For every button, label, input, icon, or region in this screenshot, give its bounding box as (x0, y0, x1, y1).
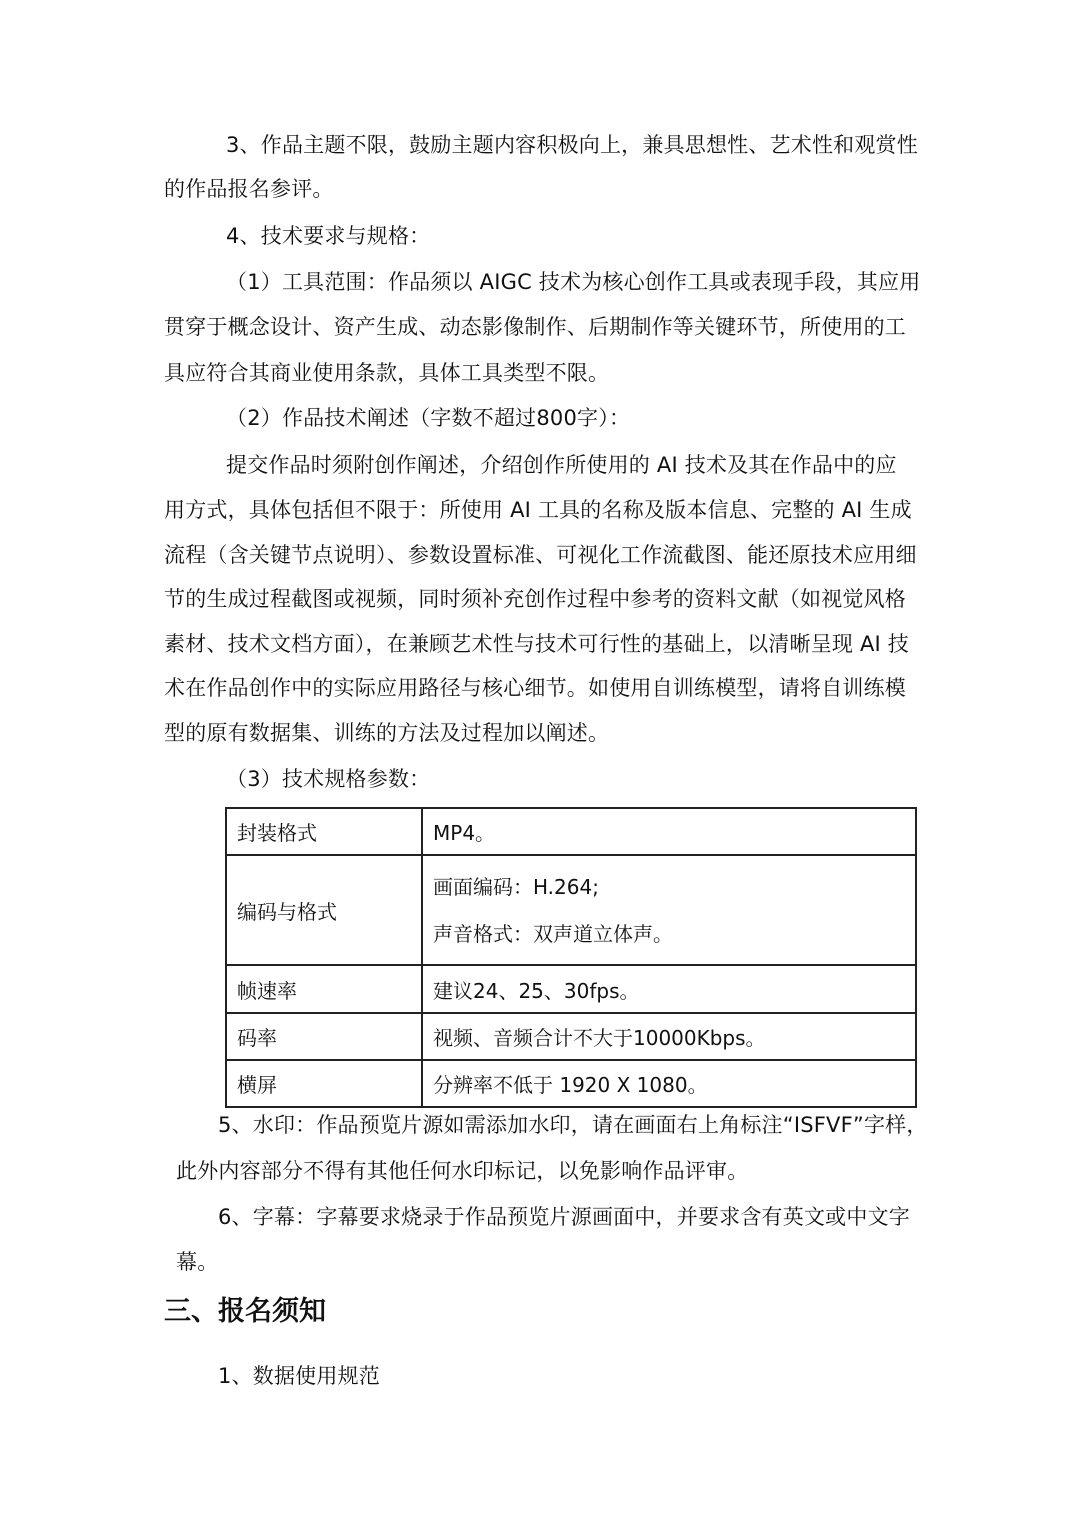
paragraph-6-line-2: 幕。 (176, 1248, 218, 1276)
paragraph-4-1-line-3: 具应符合其商业使用条款，具体工具类型不限。 (164, 359, 609, 387)
paragraph-5-line-2: 此外内容部分不得有其他任何水印标记，以免影响作品评审。 (176, 1157, 748, 1185)
table-row: 横屏 分辨率不低于 1920 X 1080。 (226, 1060, 916, 1107)
table-cell-value: MP4。 (422, 808, 916, 855)
paragraph-4-1-line-1: （1）工具范围：作品须以 AIGC 技术为核心创作工具或表现手段，其应用 (226, 268, 920, 296)
table-cell-label: 帧速率 (226, 965, 422, 1013)
paragraph-4-2-body-line-7: 型的原有数据集、训练的方法及过程加以阐述。 (164, 719, 609, 747)
paragraph-3-line-2: 的作品报名参评。 (164, 175, 334, 203)
paragraph-6-line-1: 6、字幕：字幕要求烧录于作品预览片源画面中，并要求含有英文或中文字 (218, 1203, 910, 1231)
paragraph-4-2-body-line-6: 术在作品创作中的实际应用路径与核心细节。如使用自训练模型，请将自训练模 (164, 674, 906, 702)
paragraph-4-1-line-2: 贯穿于概念设计、资产生成、动态影像制作、后期制作等关键环节，所使用的工 (164, 313, 906, 341)
table-row: 帧速率 建议24、25、30fps。 (226, 965, 916, 1013)
paragraph-4-2-body-line-2: 用方式，具体包括但不限于：所使用 AI 工具的名称及版本信息、完整的 AI 生成 (164, 496, 912, 524)
paragraph-4-2-body-line-3: 流程（含关键节点说明）、参数设置标准、可视化工作流截图、能还原技术应用细 (164, 541, 917, 569)
paragraph-4-2-body-line-4: 节的生成过程截图或视频，同时须补充创作过程中参考的资料文献（如视觉风格 (164, 585, 906, 613)
table-cell-label: 码率 (226, 1013, 422, 1060)
table-cell-value-line: 画面编码：H.264; (433, 873, 905, 901)
paragraph-4-heading: 4、技术要求与规格： (226, 222, 430, 250)
paragraph-4-2-heading: （2）作品技术阐述（字数不超过800字）： (226, 404, 630, 432)
table-cell-value: 建议24、25、30fps。 (422, 965, 916, 1013)
table-row: 编码与格式 画面编码：H.264; 声音格式：双声道立体声。 (226, 855, 916, 965)
paragraph-3-line-1: 3、作品主题不限，鼓励主题内容积极向上，兼具思想性、艺术性和观赏性 (226, 131, 918, 159)
table-cell-label: 编码与格式 (226, 855, 422, 965)
table-row: 码率 视频、音频合计不大于10000Kbps。 (226, 1013, 916, 1060)
paragraph-5-line-1: 5、水印：作品预览片源如需添加水印，请在画面右上角标注“ISFVF”字样， (218, 1111, 928, 1139)
table-cell-label: 横屏 (226, 1060, 422, 1107)
spec-table: 封装格式 MP4。 编码与格式 画面编码：H.264; 声音格式：双声道立体声。… (225, 807, 917, 1108)
paragraph-4-2-body-line-1: 提交作品时须附创作阐述，介绍创作所使用的 AI 技术及其在作品中的应 (226, 451, 897, 479)
table-cell-label: 封装格式 (226, 808, 422, 855)
table-cell-value-line: 声音格式：双声道立体声。 (433, 920, 905, 948)
paragraph-4-3-heading: （3）技术规格参数： (226, 765, 430, 793)
table-cell-value: 画面编码：H.264; 声音格式：双声道立体声。 (422, 855, 916, 965)
section-3-item-1: 1、数据使用规范 (218, 1362, 380, 1390)
section-3-title: 三、报名须知 (164, 1295, 326, 1329)
paragraph-4-2-body-line-5: 素材、技术文档方面），在兼顾艺术性与技术可行性的基础上，以清晰呈现 AI 技 (164, 630, 909, 658)
table-row: 封装格式 MP4。 (226, 808, 916, 855)
table-cell-value: 分辨率不低于 1920 X 1080。 (422, 1060, 916, 1107)
table-cell-value: 视频、音频合计不大于10000Kbps。 (422, 1013, 916, 1060)
